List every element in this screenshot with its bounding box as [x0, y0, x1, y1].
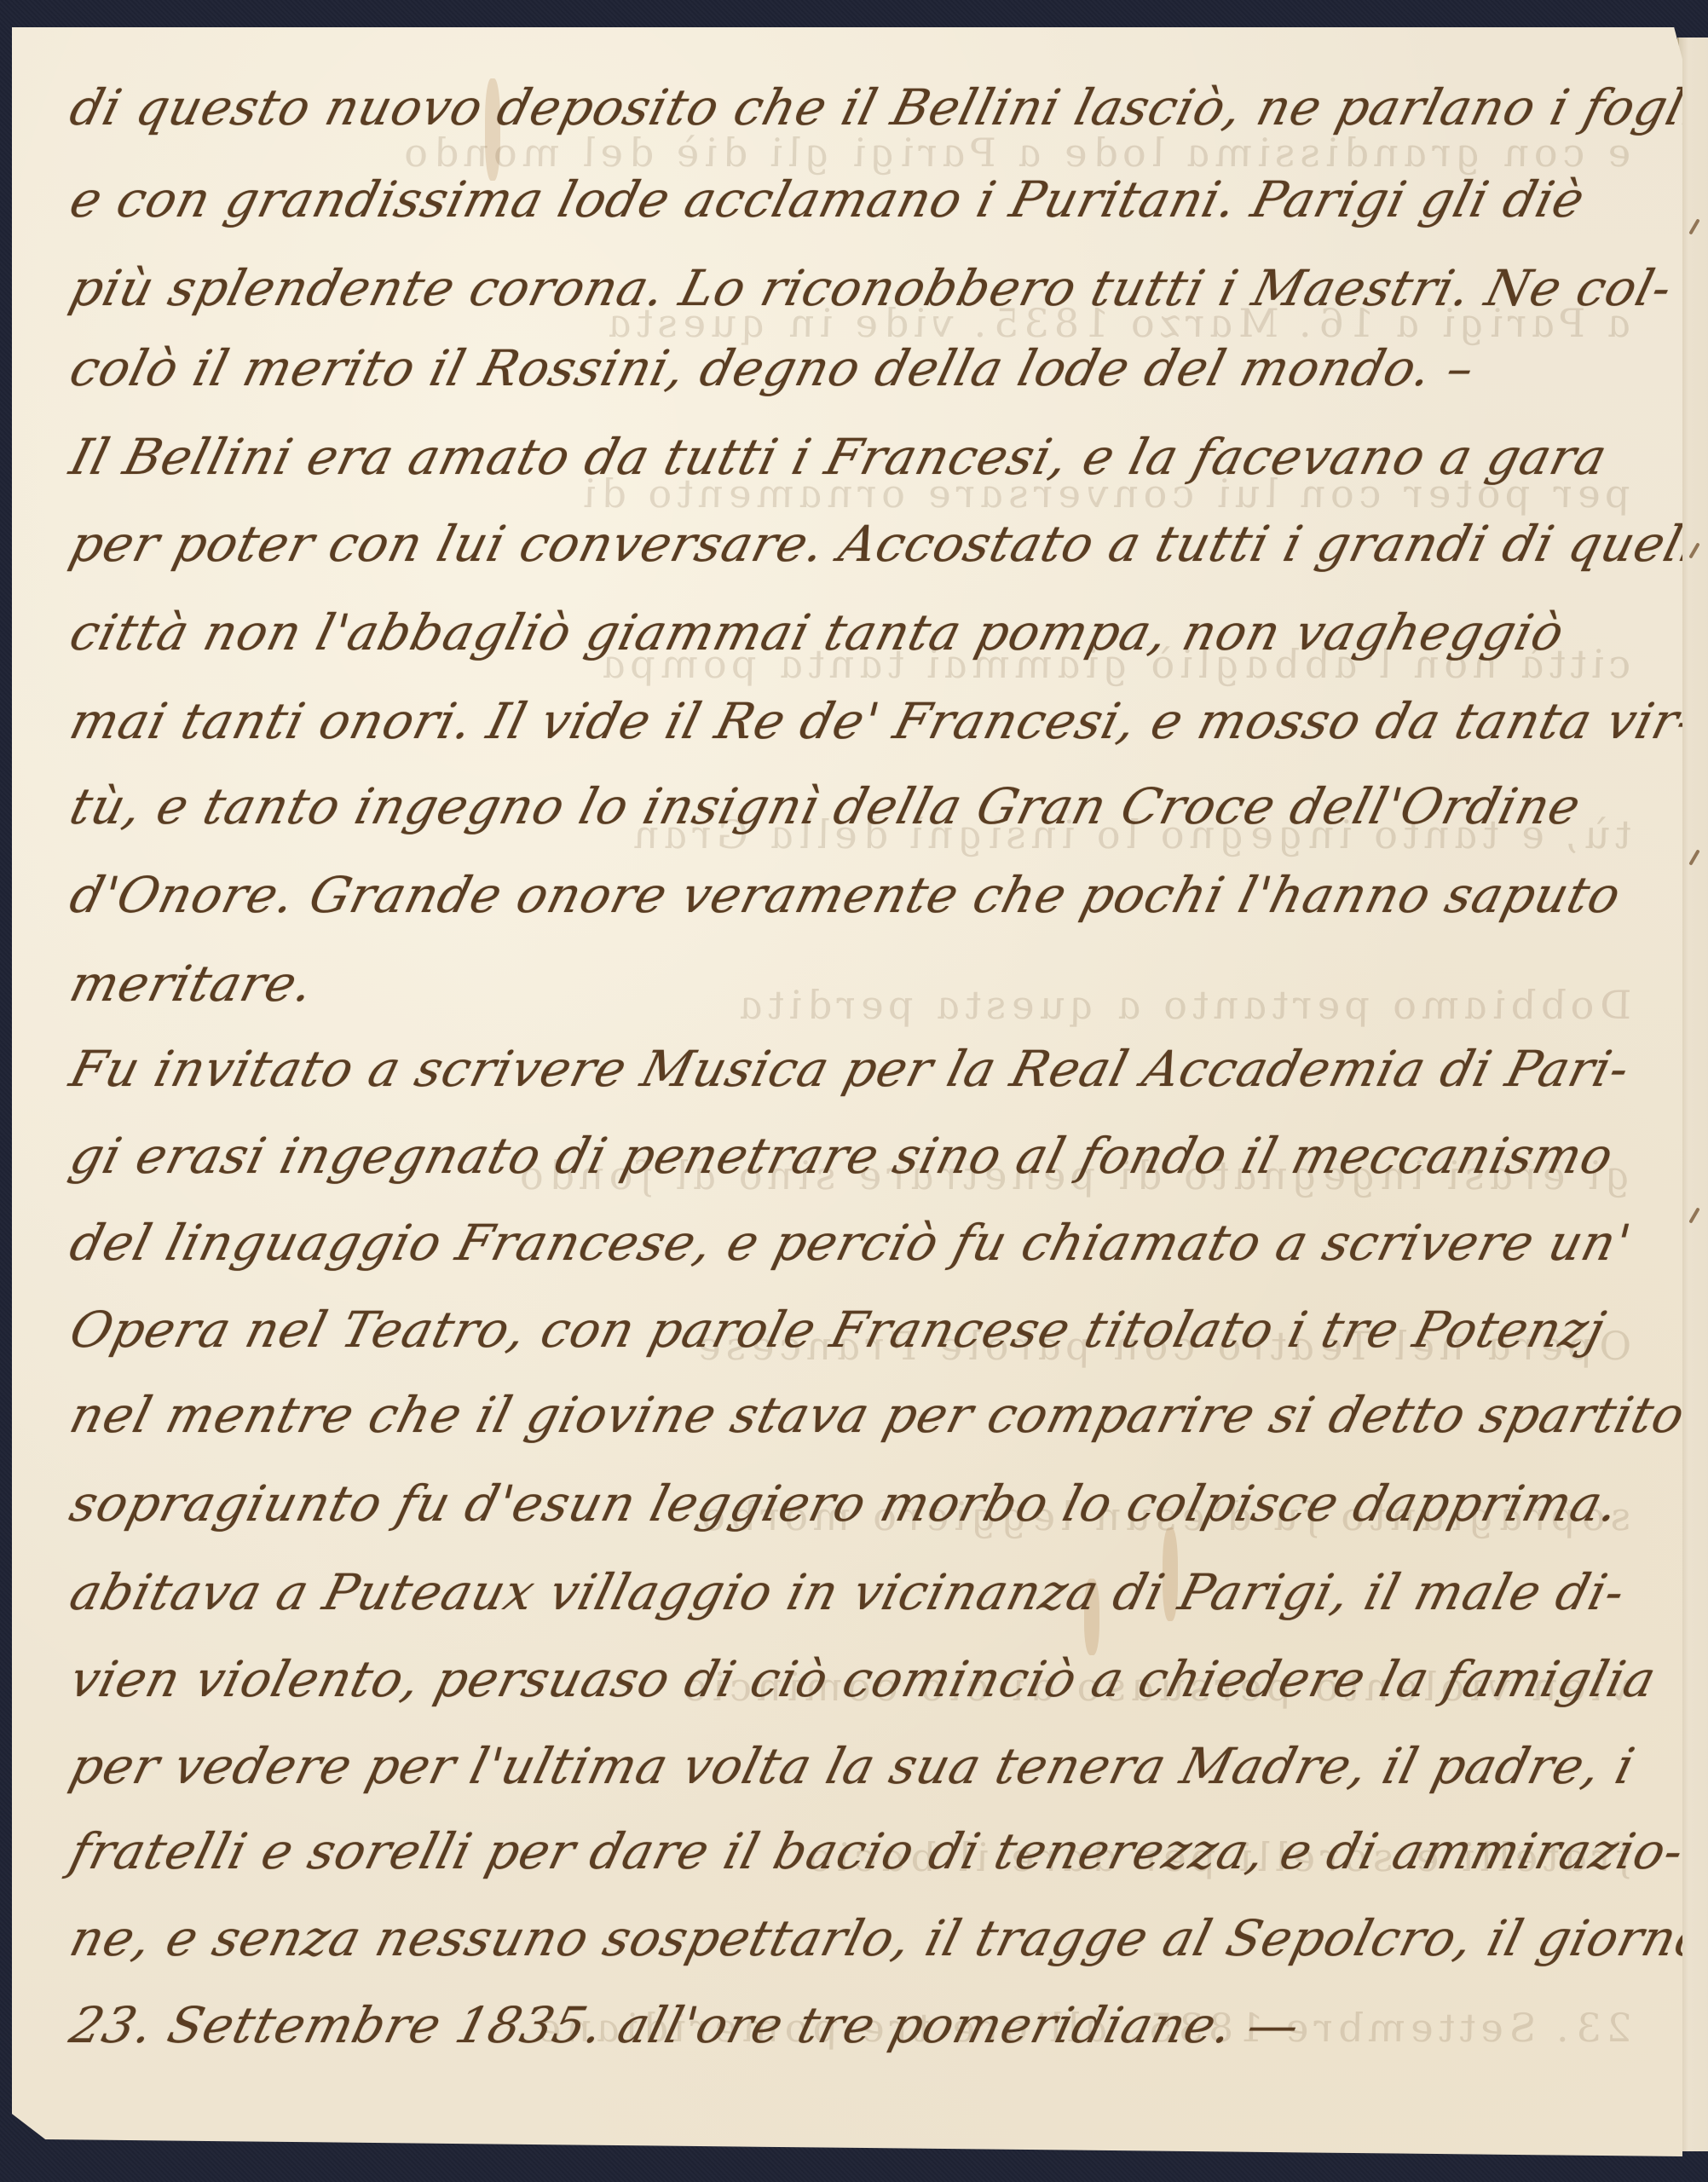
manuscript-line: d'Onore. Grande onore veramente che poch…	[65, 866, 1682, 924]
manuscript-line: ne, e senza nessuno sospettarlo, il trag…	[65, 1909, 1682, 1967]
manuscript-line: più splendente corona. Lo riconobbero tu…	[65, 259, 1682, 317]
manuscript-line: di questo nuovo deposito che il Bellini …	[65, 78, 1682, 136]
manuscript-line: fratelli e sorelli per dare il bacio di …	[65, 1822, 1682, 1880]
manuscript-line: abitava a Puteaux villaggio in vicinanza…	[65, 1563, 1682, 1621]
manuscript-line: colò il merito il Rossini, degno della l…	[65, 339, 1682, 397]
ink-stroke	[1688, 218, 1699, 234]
ink-stroke	[1688, 542, 1699, 558]
manuscript-line: per poter con lui conversare. Accostato …	[65, 515, 1682, 573]
ink-stroke	[1688, 849, 1699, 865]
manuscript-line: sopragiunto fu d'esun leggiero morbo lo …	[65, 1475, 1682, 1533]
manuscript-line: città non l'abbagliò giammai tanta pompa…	[65, 603, 1682, 661]
manuscript-line: Opera nel Teatro, con parole Francese ti…	[65, 1301, 1682, 1359]
manuscript-page: e con grandissima lode a Parigi gli diè …	[12, 27, 1682, 2156]
manuscript-line: del linguaggio Francese, e perciò fu chi…	[65, 1214, 1682, 1272]
ink-stroke	[1688, 1207, 1699, 1223]
bleed-through-text: e con grandissima lode a Parigi gli diè …	[66, 130, 1636, 176]
manuscript-line: vien violento, persuaso di ciò cominciò …	[65, 1650, 1682, 1708]
manuscript-line: nel mentre che il giovine stava per comp…	[65, 1386, 1682, 1444]
manuscript-line: Fu invitato a scrivere Musica per la Rea…	[65, 1040, 1682, 1098]
manuscript-line: 23. Settembre 1835. all'ore tre pomeridi…	[65, 1996, 1682, 2054]
manuscript-line: tù, e tanto ingegno lo insignì della Gra…	[65, 777, 1682, 835]
manuscript-line: mai tanti onori. Il vide il Re de' Franc…	[65, 692, 1682, 750]
manuscript-line: e con grandissima lode acclamano i Purit…	[65, 170, 1682, 228]
manuscript-line: per vedere per l'ultima volta la sua ten…	[65, 1737, 1682, 1795]
manuscript-line: gi erasi ingegnato di penetrare sino al …	[65, 1127, 1682, 1185]
manuscript-line: Il Bellini era amato da tutti i Francesi…	[65, 428, 1682, 486]
manuscript-line: meritare.	[65, 955, 1682, 1013]
